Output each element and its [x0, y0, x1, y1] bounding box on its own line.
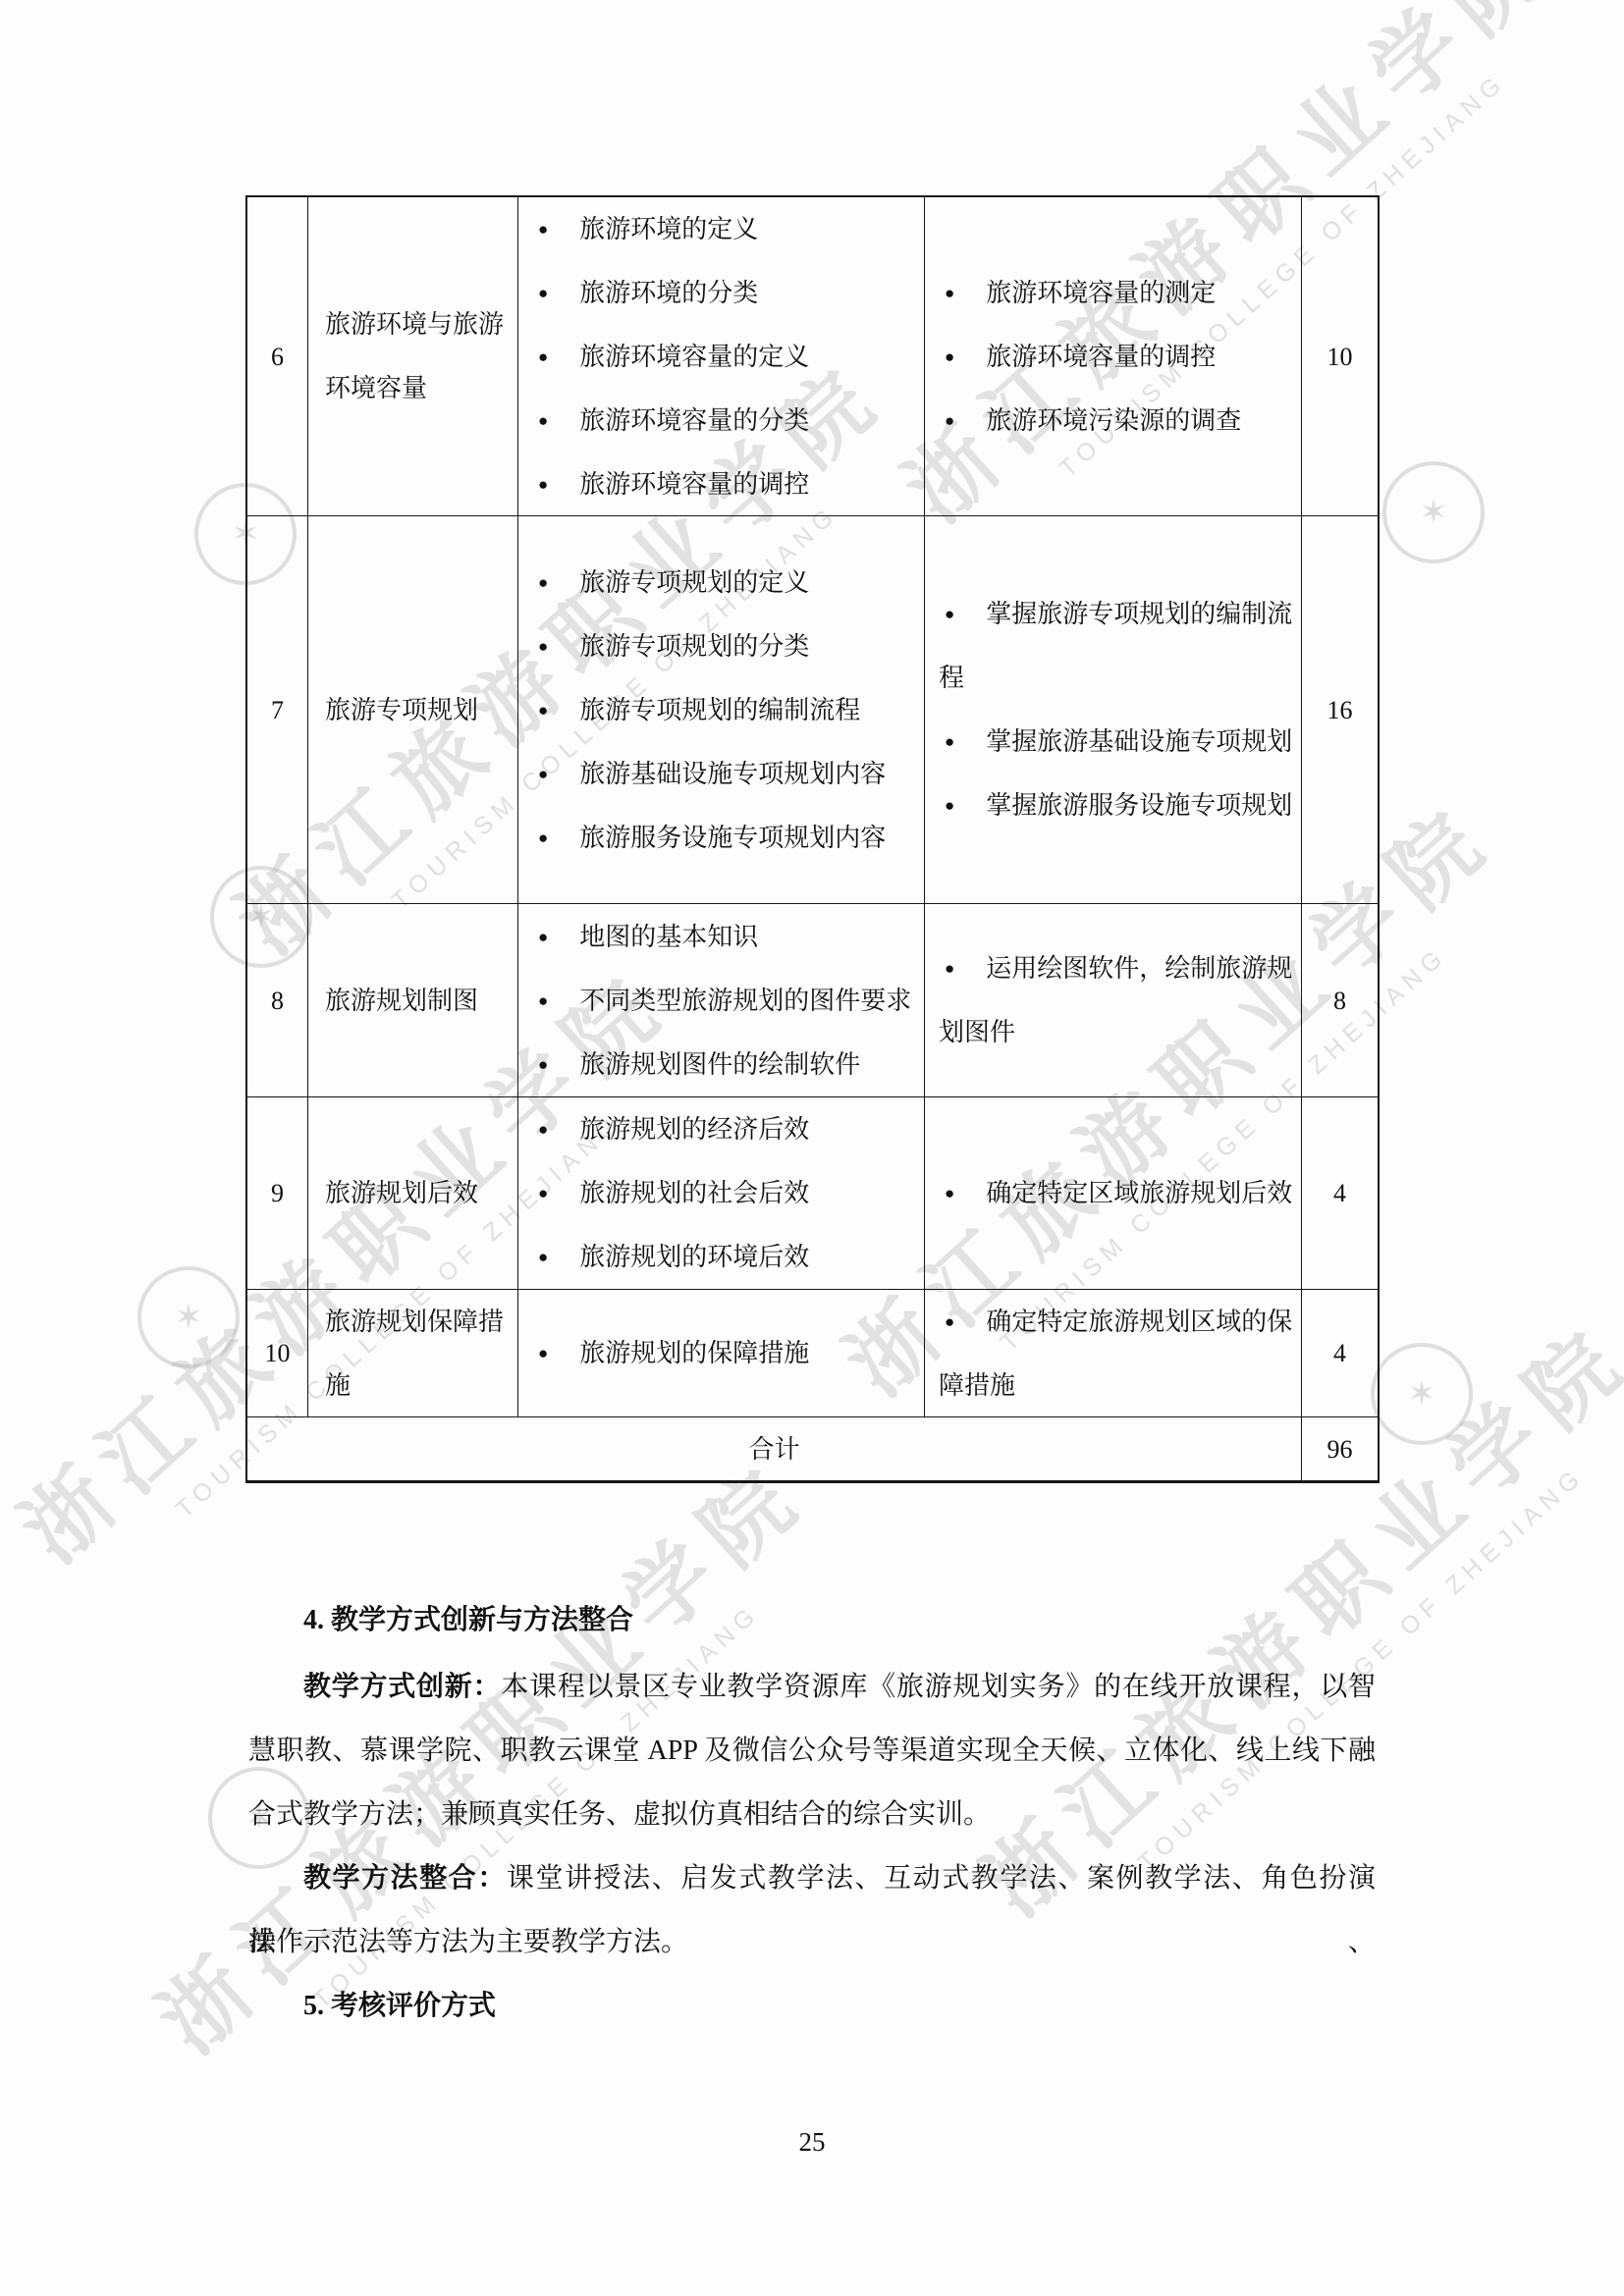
bullet-item: ●旅游规划的环境后效	[532, 1225, 924, 1289]
heading-section-5: 5. 考核评价方式	[248, 1974, 1376, 2038]
row-number-cell: 10	[247, 1290, 307, 1416]
bullet-text: 旅游规划的保障措施	[579, 1339, 809, 1367]
knowledge-cell: ●旅游规划的经济后效 ●旅游规划的社会后效 ●旅游规划的环境后效	[517, 1097, 924, 1289]
bullet-item: ●运用绘图软件，绘制旅游规划图件	[939, 936, 1293, 1064]
table-total-row: 合计 96	[247, 1416, 1378, 1480]
row-number: 9	[271, 1161, 284, 1225]
bullet-icon: ●	[538, 347, 548, 366]
bullet-text: 不同类型旅游规划的图件要求	[579, 987, 911, 1015]
para1-line1-text: 本课程以景区专业教学资源库《旅游规划实务》的在线开放课程，以智	[501, 1672, 1376, 1702]
bullet-text: 运用绘图软件，绘制旅游规划图件	[939, 954, 1292, 1046]
seal-star-icon: ✶	[1408, 1374, 1436, 1414]
bullet-icon: ●	[538, 1120, 548, 1139]
bullet-item: ●旅游环境容量的测定	[939, 261, 1293, 325]
bullet-item: ●旅游专项规划的编制流程	[532, 678, 924, 742]
hours-value: 8	[1333, 969, 1346, 1033]
bullet-item: ●掌握旅游基础设施专项规划	[939, 710, 1293, 774]
knowledge-cell: ●地图的基本知识 ●不同类型旅游规划的图件要求 ●旅游规划图件的绘制软件	[517, 904, 924, 1096]
bullet-text: 旅游服务设施专项规划内容	[579, 824, 886, 852]
row-number: 7	[271, 678, 284, 742]
para2-label: 教学方法整合：	[303, 1863, 507, 1894]
row-number-cell: 8	[247, 904, 307, 1096]
bullet-icon: ●	[538, 1344, 548, 1362]
row-number-cell: 7	[247, 516, 307, 903]
bullet-icon: ●	[945, 284, 954, 302]
bullet-text: 旅游环境容量的分类	[579, 406, 809, 435]
bullet-item: ●旅游规划的经济后效	[532, 1097, 924, 1161]
skills-cell: ●旅游环境容量的测定 ●旅游环境容量的调控 ●旅游环境污染源的调查	[924, 197, 1301, 515]
bullet-text: 旅游专项规划的定义	[579, 568, 809, 597]
bullet-icon: ●	[945, 411, 954, 430]
bullet-text: 旅游环境容量的调控	[986, 343, 1216, 371]
bullet-icon: ●	[945, 959, 954, 978]
bullet-item: ●确定特定区域旅游规划后效	[939, 1161, 1293, 1225]
seal-icon: ✶	[1382, 461, 1485, 563]
bullet-text: 旅游环境的定义	[579, 215, 758, 243]
topic-text: 旅游规划后效	[325, 1161, 514, 1225]
total-hours-cell: 96	[1301, 1417, 1378, 1480]
para1-line1: 教学方式创新：本课程以景区专业教学资源库《旅游规划实务》的在线开放课程，以智	[248, 1655, 1376, 1719]
bullet-icon: ●	[538, 1055, 548, 1074]
bullet-item: ●掌握旅游专项规划的编制流程	[939, 582, 1293, 710]
row-number: 10	[265, 1321, 291, 1385]
table-row: 10 旅游规划保障措施 ●旅游规划的保障措施 ●确定特定旅游规划区域的保障措施 …	[247, 1289, 1378, 1416]
bullet-icon: ●	[538, 284, 548, 302]
document-page: 浙江旅游职业学院 TOURISM COLLEGE OF ZHEJIANG 浙江旅…	[0, 0, 1624, 2296]
seal-star-icon: ✶	[1420, 493, 1448, 532]
bullet-icon: ●	[945, 347, 954, 366]
topic-cell: 旅游规划后效	[307, 1097, 517, 1289]
bullet-item: ●旅游环境容量的定义	[532, 325, 924, 389]
bullet-item: ●旅游环境容量的调控	[532, 453, 924, 516]
hours-value: 10	[1327, 325, 1353, 389]
bullet-text: 旅游环境污染源的调查	[986, 406, 1241, 435]
table-row: 6 旅游环境与旅游环境容量 ●旅游环境的定义 ●旅游环境的分类 ●旅游环境容量的…	[247, 197, 1378, 515]
total-label-cell: 合计	[247, 1417, 1301, 1480]
hours-cell: 4	[1301, 1097, 1378, 1289]
knowledge-cell: ●旅游规划的保障措施	[517, 1290, 924, 1416]
bullet-icon: ●	[945, 1184, 954, 1202]
hours-value: 16	[1327, 678, 1353, 742]
bullet-item: ●旅游专项规划的定义	[532, 551, 924, 614]
bullet-item: ●旅游环境的定义	[532, 197, 924, 261]
skills-cell: ●掌握旅游专项规划的编制流程 ●掌握旅游基础设施专项规划 ●掌握旅游服务设施专项…	[924, 516, 1301, 903]
bullet-text: 旅游环境容量的测定	[986, 279, 1216, 307]
para1-label: 教学方式创新：	[303, 1672, 501, 1702]
topic-cell: 旅游规划保障措施	[307, 1290, 517, 1416]
para2-line2: 操作示范法等方法为主要教学方法。	[248, 1910, 1376, 1974]
bullet-icon: ●	[538, 573, 548, 592]
bullet-icon: ●	[945, 1312, 954, 1331]
bullet-item: ●旅游专项规划的分类	[532, 614, 924, 678]
bullet-icon: ●	[538, 1248, 548, 1266]
bullet-icon: ●	[538, 701, 548, 720]
bullet-item: ●旅游环境容量的分类	[532, 389, 924, 453]
seal-star-icon: ✶	[175, 1298, 203, 1337]
knowledge-cell: ●旅游专项规划的定义 ●旅游专项规划的分类 ●旅游专项规划的编制流程 ●旅游基础…	[517, 516, 924, 903]
bullet-text: 旅游规划图件的绘制软件	[579, 1050, 860, 1079]
hours-cell: 16	[1301, 516, 1378, 903]
bullet-item: ●旅游环境污染源的调查	[939, 389, 1293, 453]
hours-cell: 10	[1301, 197, 1378, 515]
bullet-icon: ●	[538, 1184, 548, 1202]
total-label: 合计	[748, 1417, 799, 1481]
topic-text: 旅游规划保障措施	[325, 1290, 514, 1417]
row-number-cell: 9	[247, 1097, 307, 1289]
hours-value: 4	[1333, 1161, 1346, 1225]
topic-cell: 旅游专项规划	[307, 516, 517, 903]
bullet-icon: ●	[538, 991, 548, 1010]
bullet-item: ●旅游基础设施专项规划内容	[532, 742, 924, 806]
bullet-item: ●确定特定旅游规划区域的保障措施	[939, 1290, 1293, 1417]
skills-cell: ●确定特定区域旅游规划后效	[924, 1097, 1301, 1289]
bullet-text: 地图的基本知识	[579, 923, 758, 951]
bullet-icon: ●	[945, 732, 954, 751]
bullet-item: ●旅游环境容量的调控	[939, 325, 1293, 389]
bullet-item: ●旅游规划的保障措施	[532, 1321, 924, 1385]
bullet-text: 旅游环境容量的定义	[579, 343, 809, 371]
course-content-table: 6 旅游环境与旅游环境容量 ●旅游环境的定义 ●旅游环境的分类 ●旅游环境容量的…	[245, 195, 1380, 1483]
hours-cell: 4	[1301, 1290, 1378, 1416]
topic-text: 旅游专项规划	[325, 678, 514, 742]
bullet-icon: ●	[538, 765, 548, 783]
topic-text: 旅游环境与旅游环境容量	[325, 293, 514, 420]
bullet-item: ●不同类型旅游规划的图件要求	[532, 969, 924, 1033]
bullet-text: 旅游基础设施专项规划内容	[579, 760, 886, 788]
bullet-text: 旅游环境容量的调控	[579, 470, 809, 499]
bullet-icon: ●	[538, 411, 548, 430]
bullet-text: 掌握旅游专项规划的编制流程	[939, 600, 1292, 692]
bullet-text: 旅游环境的分类	[579, 279, 758, 307]
skills-cell: ●确定特定旅游规划区域的保障措施	[924, 1290, 1301, 1416]
page-number: 25	[0, 2122, 1624, 2162]
bullet-text: 确定特定旅游规划区域的保障措施	[939, 1308, 1292, 1400]
total-hours-value: 96	[1327, 1417, 1353, 1481]
topic-cell: 旅游环境与旅游环境容量	[307, 197, 517, 515]
bullet-item: ●旅游环境的分类	[532, 261, 924, 325]
bullet-icon: ●	[538, 637, 548, 656]
bullet-icon: ●	[538, 928, 548, 946]
row-number: 8	[271, 969, 284, 1033]
table-row: 8 旅游规划制图 ●地图的基本知识 ●不同类型旅游规划的图件要求 ●旅游规划图件…	[247, 903, 1378, 1096]
bullet-item: ●旅游规划图件的绘制软件	[532, 1033, 924, 1096]
bullet-text: 掌握旅游基础设施专项规划	[986, 727, 1292, 756]
hours-cell: 8	[1301, 904, 1378, 1096]
table-row: 7 旅游专项规划 ●旅游专项规划的定义 ●旅游专项规划的分类 ●旅游专项规划的编…	[247, 515, 1378, 903]
bullet-text: 旅游规划的社会后效	[579, 1179, 809, 1207]
bullet-text: 确定特定区域旅游规划后效	[986, 1179, 1292, 1207]
bullet-item: ●旅游规划的社会后效	[532, 1161, 924, 1225]
para1-line3: 合式教学方法；兼顾真实任务、虚拟仿真相结合的综合实训。	[248, 1783, 1376, 1846]
bullet-item: ●掌握旅游服务设施专项规划	[939, 774, 1293, 837]
bullet-text: 旅游专项规划的编制流程	[579, 696, 860, 724]
knowledge-cell: ●旅游环境的定义 ●旅游环境的分类 ●旅游环境容量的定义 ●旅游环境容量的分类 …	[517, 197, 924, 515]
bullet-text: 旅游规划的环境后效	[579, 1243, 809, 1271]
row-number-cell: 6	[247, 197, 307, 515]
bullet-icon: ●	[945, 796, 954, 815]
bullet-icon: ●	[538, 475, 548, 494]
bullet-icon: ●	[538, 220, 548, 239]
bullet-text: 旅游规划的经济后效	[579, 1115, 809, 1144]
table-row: 9 旅游规划后效 ●旅游规划的经济后效 ●旅游规划的社会后效 ●旅游规划的环境后…	[247, 1096, 1378, 1289]
heading-section-4: 4. 教学方式创新与方法整合	[248, 1588, 1376, 1652]
bullet-item: ●地图的基本知识	[532, 905, 924, 969]
bullet-icon: ●	[538, 828, 548, 847]
bullet-text: 旅游专项规划的分类	[579, 632, 809, 661]
bullet-icon: ●	[945, 605, 954, 623]
topic-cell: 旅游规划制图	[307, 904, 517, 1096]
row-number: 6	[271, 325, 284, 389]
seal-icon: ✶	[1371, 1343, 1473, 1445]
seal-icon: ✶	[137, 1266, 240, 1368]
para1-line2: 慧职教、慕课学院、职教云课堂 APP 及微信公众号等渠道实现全天候、立体化、线上…	[248, 1719, 1376, 1783]
topic-text: 旅游规划制图	[325, 969, 514, 1033]
hours-value: 4	[1333, 1321, 1346, 1385]
skills-cell: ●运用绘图软件，绘制旅游规划图件	[924, 904, 1301, 1096]
bullet-item: ●旅游服务设施专项规划内容	[532, 806, 924, 870]
bullet-text: 掌握旅游服务设施专项规划	[986, 791, 1292, 820]
